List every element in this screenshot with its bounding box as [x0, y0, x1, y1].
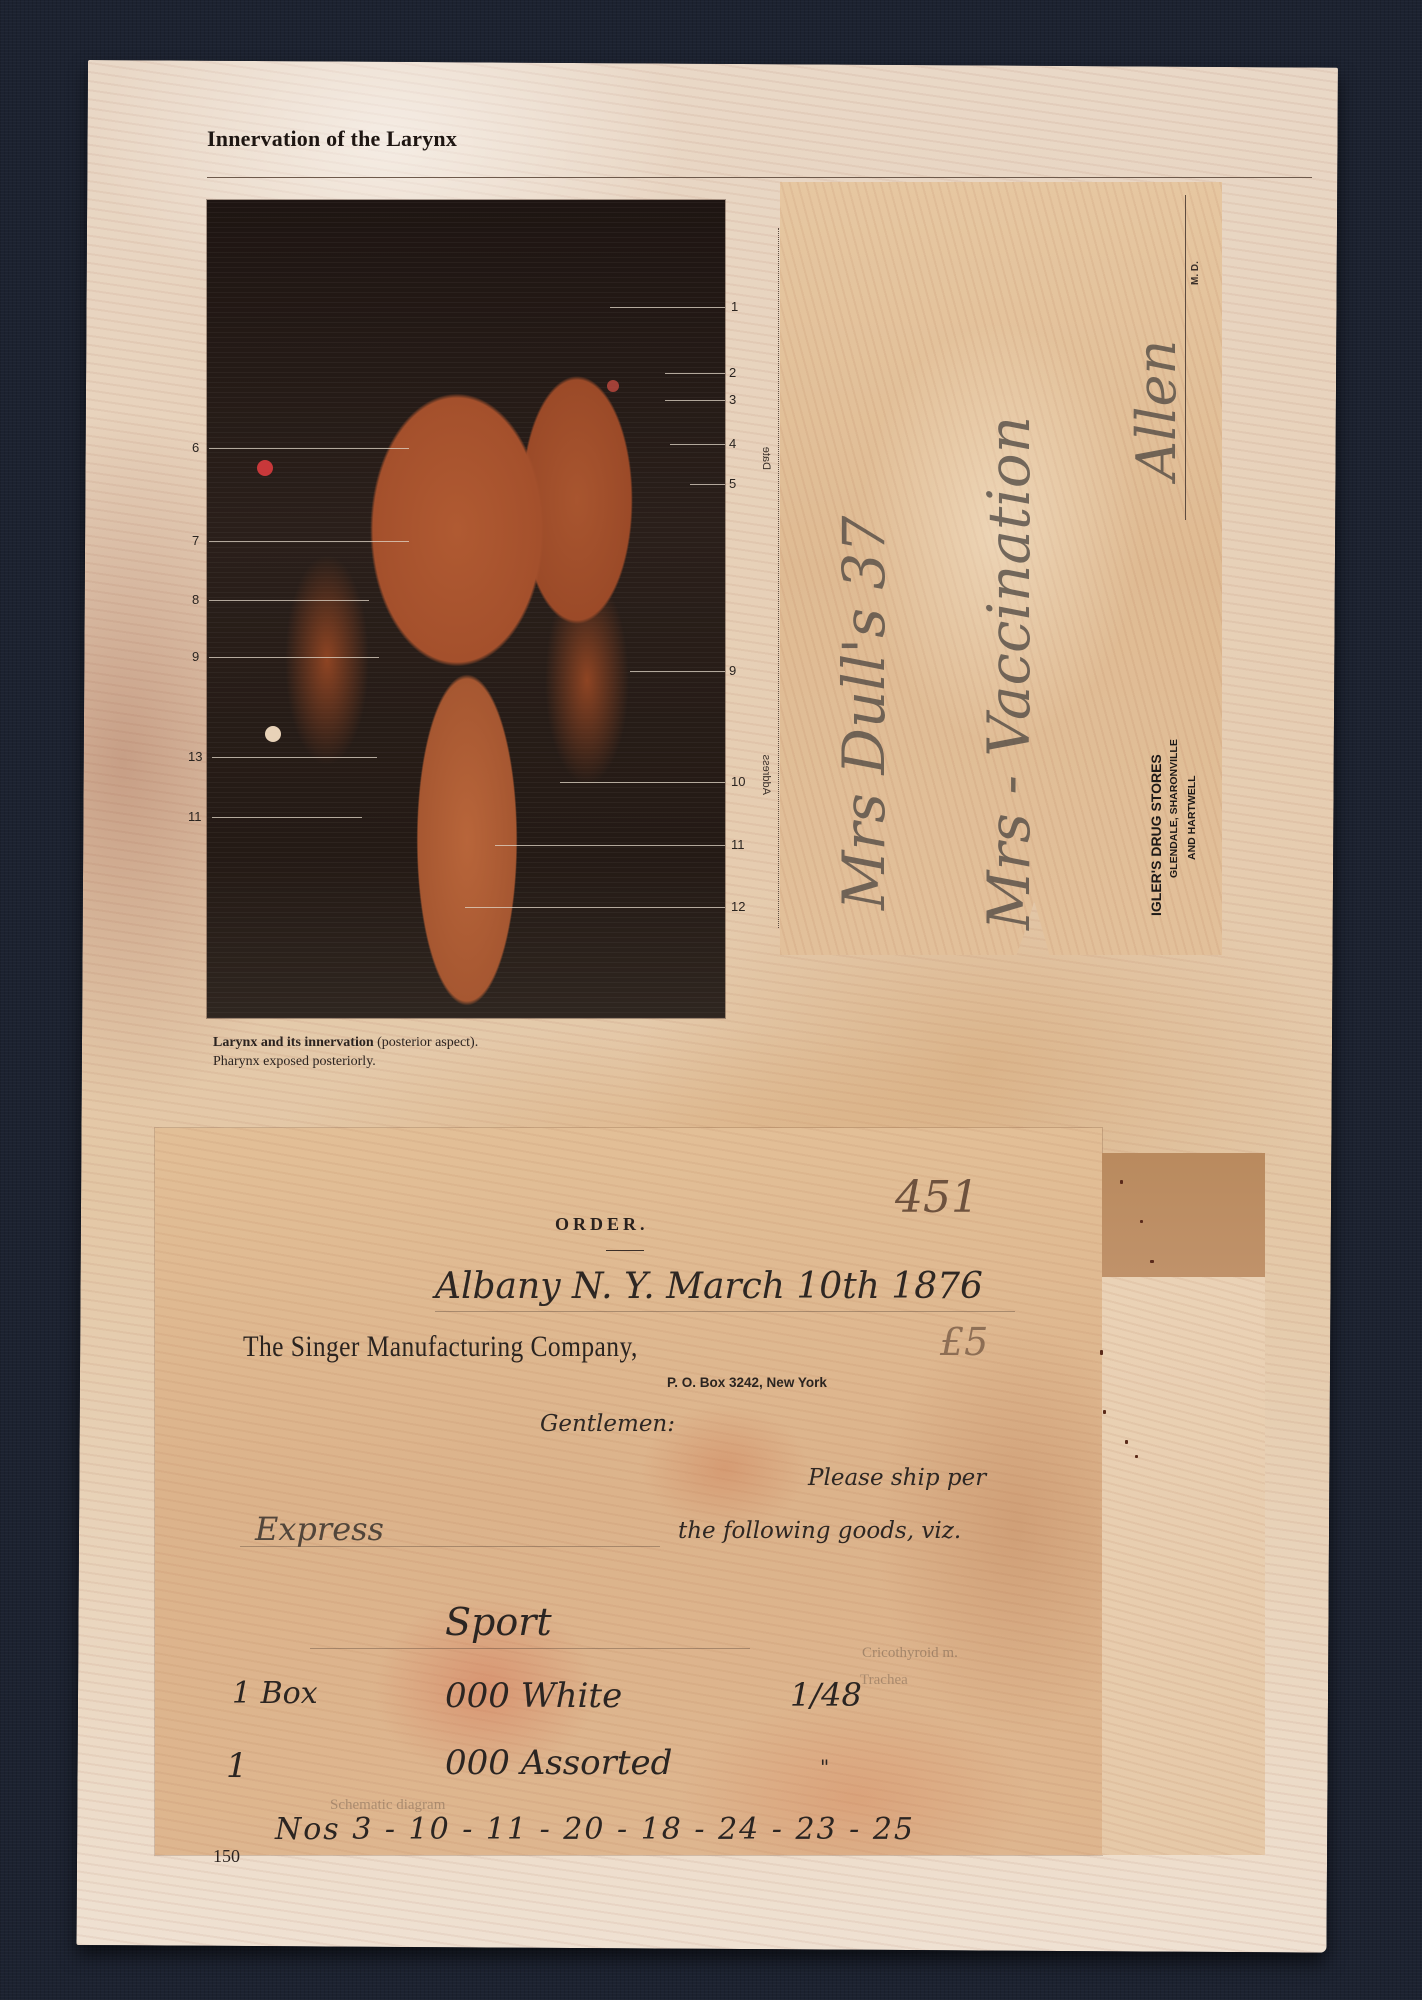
caption-rest: (posterior aspect).	[374, 1035, 479, 1050]
order-po-box: P. O. Box 3242, New York	[667, 1375, 827, 1390]
order-item-qty: 1 Box	[232, 1676, 318, 1711]
envelope-pencil-line1: Mrs Dull's 37	[830, 516, 898, 910]
envelope-dotted-rule	[778, 228, 780, 928]
order-number-top: 451	[895, 1172, 979, 1223]
envelope-locations-2: AND HARTWELL	[1186, 775, 1198, 860]
leader-line	[209, 657, 379, 658]
shipping-rule	[240, 1546, 660, 1547]
page-title: Innervation of the Larynx	[207, 126, 457, 152]
paper-strip	[1102, 1277, 1265, 1855]
leader-line	[630, 671, 725, 672]
leader-line	[665, 400, 725, 401]
figure-label: 3	[729, 392, 736, 407]
figure-label: 8	[192, 592, 199, 607]
order-item-desc: 000 White	[445, 1676, 622, 1716]
ink-speck	[1135, 1455, 1138, 1458]
order-heading-rule	[606, 1250, 644, 1251]
figure-label: 12	[731, 899, 745, 914]
figure-label: 2	[729, 365, 736, 380]
ink-speck	[1120, 1180, 1123, 1184]
leader-line	[560, 782, 725, 783]
order-numbers-line: Nos 3 - 10 - 11 - 20 - 18 - 24 - 23 - 25	[275, 1812, 915, 1847]
figure-label: 13	[188, 749, 202, 764]
order-heading: ORDER.	[555, 1214, 649, 1235]
ink-speck	[1100, 1350, 1103, 1355]
caption-line2: Pharynx exposed posteriorly.	[213, 1054, 376, 1069]
order-number-side: £5	[940, 1320, 988, 1364]
faint-underlayer-text: Trachea	[860, 1672, 908, 1689]
leader-line	[212, 757, 377, 758]
envelope-pencil-line2: Mrs - Vaccination	[975, 416, 1043, 930]
title-rule	[207, 177, 1312, 178]
ink-speck	[1103, 1410, 1106, 1414]
leader-line	[495, 845, 725, 846]
red-marker-dot	[257, 460, 273, 476]
leader-line	[209, 541, 409, 542]
order-item-qty: 1	[226, 1746, 248, 1786]
larynx-illustration	[207, 200, 725, 1018]
leader-line	[690, 484, 725, 485]
order-shipping-method: Express	[255, 1510, 384, 1548]
figure-label: 7	[192, 533, 199, 548]
figure-label: 4	[729, 436, 736, 451]
leader-line	[670, 444, 725, 445]
order-item-note: 1/48	[790, 1676, 862, 1714]
figure-label: 5	[729, 476, 736, 491]
leader-line	[209, 600, 369, 601]
figure-caption: Larynx and its innervation (posterior as…	[213, 1033, 478, 1071]
item-rule	[310, 1648, 750, 1649]
order-company: The Singer Manufacturing Company,	[243, 1330, 638, 1364]
cream-marker-dot	[265, 726, 281, 742]
order-instruction-1: Please ship per	[808, 1465, 986, 1491]
figure-label: 9	[192, 649, 199, 664]
envelope-date-label: Date	[760, 447, 772, 470]
figure-label: 6	[192, 440, 199, 455]
figure-label: 11	[188, 809, 202, 824]
page-number: 150	[213, 1846, 240, 1867]
figure-label: 11	[731, 837, 745, 852]
order-place-date: Albany N. Y. March 10th 1876	[435, 1266, 983, 1307]
envelope-locations-1: GLENDALE, SHARONVILLE	[1168, 739, 1180, 878]
leader-line	[465, 907, 725, 908]
envelope-pencil-signature: Allen	[1125, 340, 1188, 480]
caption-bold: Larynx and its innervation	[213, 1035, 374, 1050]
leader-line	[665, 373, 725, 374]
envelope-md-label: M. D.	[1190, 261, 1201, 285]
leader-line	[209, 448, 409, 449]
leader-line	[610, 307, 725, 308]
figure-label: 9	[729, 663, 736, 678]
faint-underlayer-text: Schematic diagram	[330, 1797, 445, 1814]
order-item-desc: 000 Assorted	[445, 1743, 672, 1783]
order-instruction-2: the following goods, viz.	[678, 1518, 961, 1544]
ink-speck	[1125, 1440, 1128, 1444]
date-rule	[435, 1311, 1015, 1312]
ink-speck	[1140, 1220, 1143, 1223]
order-item-note: "	[820, 1755, 829, 1779]
envelope-address-label: Address	[760, 755, 772, 795]
kraft-paper-strip	[1102, 1153, 1265, 1277]
red-marker-dot	[607, 380, 619, 392]
ink-speck	[1150, 1260, 1154, 1263]
figure-label: 1	[731, 299, 738, 314]
order-salutation: Gentlemen:	[540, 1411, 675, 1437]
figure-label: 10	[731, 774, 745, 789]
order-item-desc: Sport	[445, 1600, 552, 1644]
leader-line	[212, 817, 362, 818]
faint-underlayer-text: Cricothyroid m.	[862, 1645, 958, 1662]
envelope-company: IGLER'S DRUG STORES	[1148, 754, 1164, 916]
